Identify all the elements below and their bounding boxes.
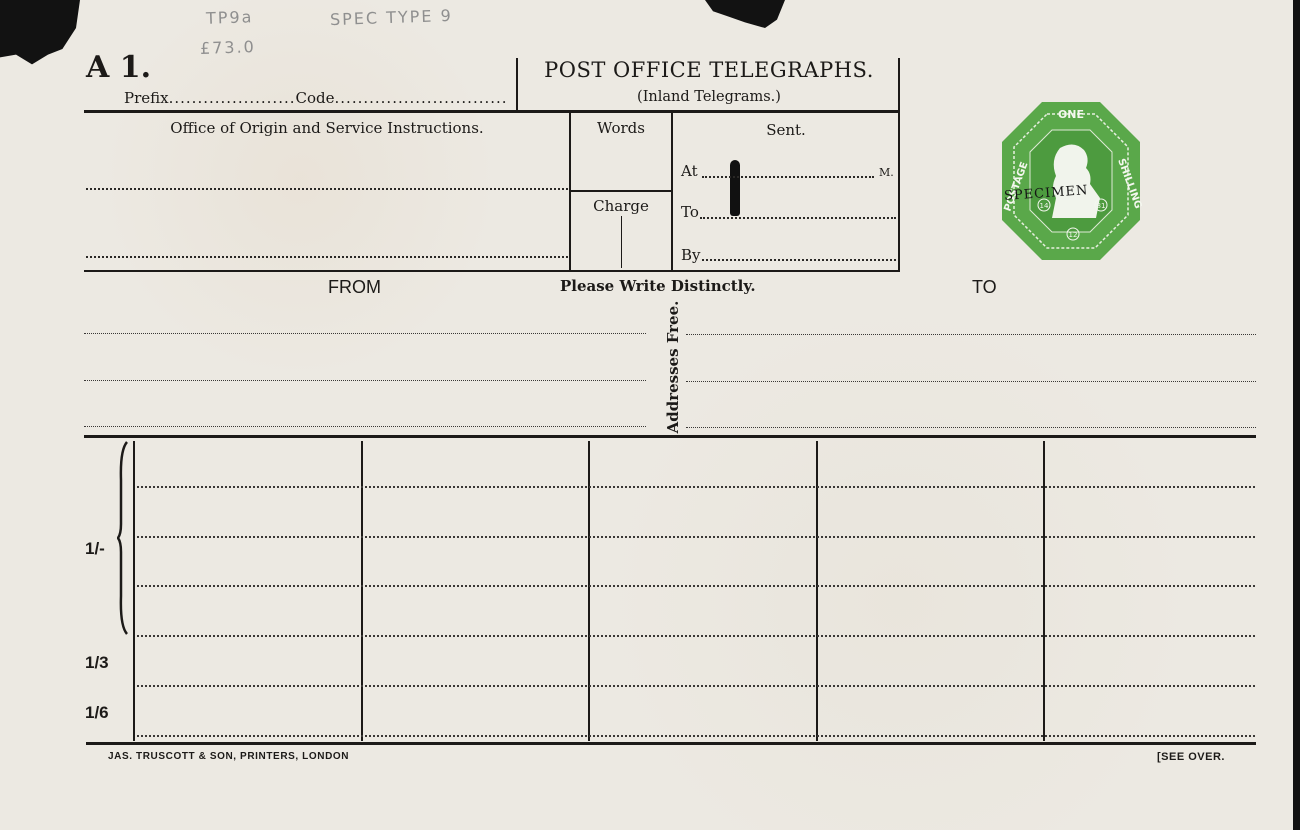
- office-origin-line-2[interactable]: [86, 256, 568, 258]
- message-line-1[interactable]: [137, 486, 1255, 488]
- to-address-line-2[interactable]: [686, 381, 1256, 382]
- header-grid-bottom-rule: [84, 270, 900, 272]
- grid-col-border-0: [133, 441, 135, 741]
- rate-1-6: 1/6: [85, 703, 109, 723]
- to-address-line-3[interactable]: [686, 427, 1256, 428]
- addresses-free-note: Addresses Free.: [664, 292, 682, 442]
- see-over-note: [SEE OVER.: [1157, 751, 1225, 763]
- telegram-form: TP9a SPEC TYPE 9 £73.0 A 1. Prefix......…: [0, 0, 1293, 830]
- form-id: A 1.: [86, 50, 151, 85]
- svg-text:81: 81: [1097, 202, 1106, 210]
- pencil-price-note: £73.0: [200, 37, 256, 58]
- sent-by-label: By: [681, 246, 701, 264]
- header-rule: [84, 110, 900, 113]
- words-label: Words: [571, 119, 671, 137]
- charge-label: Charge: [571, 197, 671, 215]
- svg-text:14: 14: [1040, 202, 1049, 210]
- to-label: TO: [972, 277, 997, 298]
- write-distinctly-instruction: Please Write Distinctly.: [560, 277, 756, 295]
- message-line-4[interactable]: [137, 635, 1255, 637]
- torn-corner: [0, 0, 80, 70]
- words-charge-divider: [571, 190, 671, 192]
- scan-edge: [1293, 0, 1300, 830]
- title-box-right-border: [898, 58, 900, 272]
- from-address-line-1[interactable]: [84, 333, 646, 334]
- prefix-code-row: Prefix......................Code........…: [124, 89, 508, 107]
- message-line-5[interactable]: [137, 685, 1255, 687]
- sent-at-label: At: [681, 162, 698, 180]
- sent-label: Sent.: [673, 121, 899, 139]
- sent-to-label: To: [681, 203, 699, 221]
- sent-to-field[interactable]: [700, 217, 896, 219]
- charge-divider: [621, 216, 622, 268]
- address-bottom-rule: [84, 435, 1256, 438]
- sent-at-field[interactable]: [702, 176, 874, 178]
- rate-1-3: 1/3: [85, 653, 109, 673]
- torn-edge: [705, 0, 785, 28]
- pencil-catalog-note: TP9a: [206, 7, 254, 28]
- sent-by-field[interactable]: [702, 259, 896, 261]
- message-line-2[interactable]: [137, 536, 1255, 538]
- office-origin-label: Office of Origin and Service Instruction…: [84, 119, 570, 137]
- to-address-line-1[interactable]: [686, 334, 1256, 335]
- printer-imprint: JAS. TRUSCOTT & SON, PRINTERS, LONDON: [108, 751, 349, 762]
- title-box-left-border: [516, 58, 518, 112]
- embossed-stamp: ONE SHILLING POSTAGE 14 81 12: [1000, 100, 1142, 262]
- rate-brace-icon: [117, 440, 131, 636]
- code-label: Code: [296, 89, 335, 107]
- from-address-line-3[interactable]: [84, 426, 646, 427]
- prefix-label: Prefix: [124, 89, 169, 107]
- message-line-6[interactable]: [137, 735, 1255, 737]
- bottom-rule: [86, 742, 1256, 745]
- office-origin-line-1[interactable]: [86, 188, 568, 190]
- from-address-line-2[interactable]: [84, 380, 646, 381]
- form-title: POST OFFICE TELEGRAPHS.: [520, 58, 898, 82]
- form-subtitle: (Inland Telegrams.): [520, 89, 898, 105]
- from-label: FROM: [328, 277, 381, 298]
- ink-blot: [730, 160, 740, 216]
- sent-at-suffix: M.: [879, 166, 894, 179]
- rate-1-shilling: 1/-: [85, 539, 105, 559]
- svg-text:12: 12: [1069, 231, 1078, 239]
- svg-text:ONE: ONE: [1058, 108, 1084, 121]
- message-line-3[interactable]: [137, 585, 1255, 587]
- pencil-spec-note: SPEC TYPE 9: [330, 6, 453, 29]
